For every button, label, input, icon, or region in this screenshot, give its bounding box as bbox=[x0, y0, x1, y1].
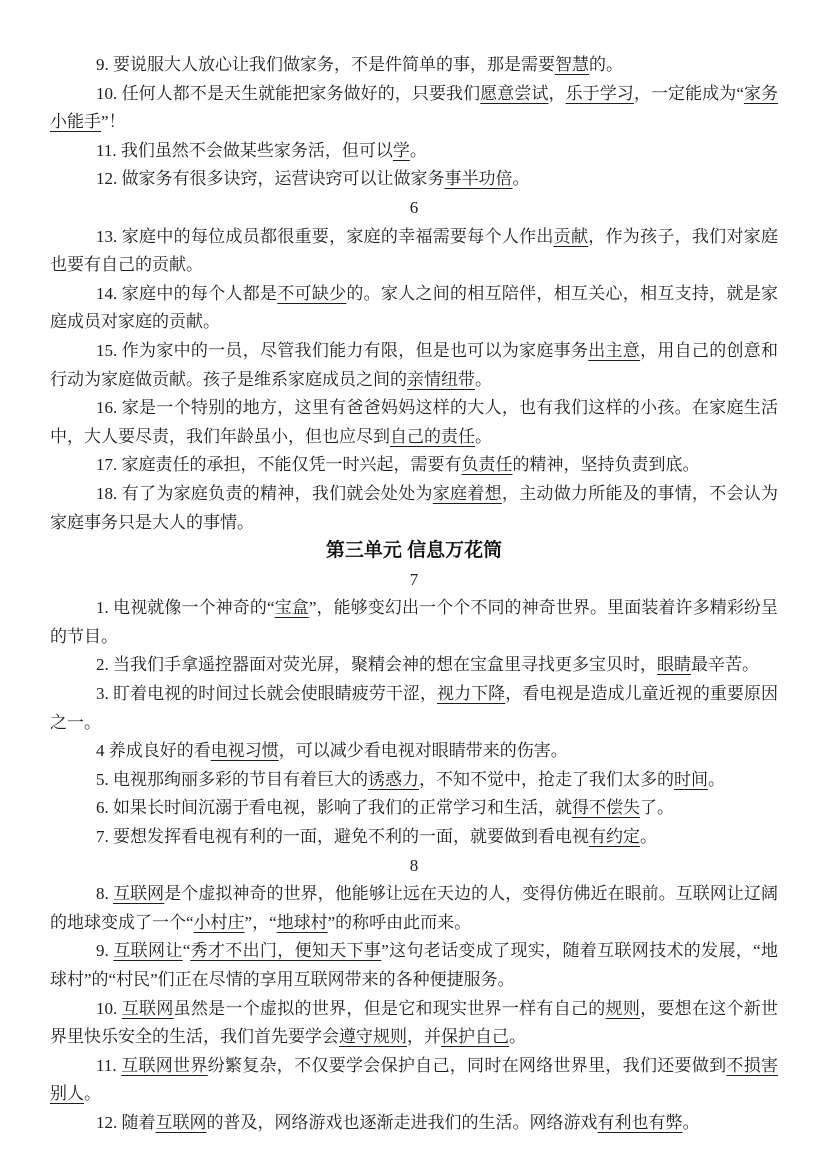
underlined-text: 学 bbox=[393, 141, 410, 160]
underlined-text: 宝盒 bbox=[275, 598, 309, 617]
text-run: 虽然是一个虚拟的世界，但是它和现实世界一样有自己的 bbox=[174, 999, 606, 1018]
text-run: 11. 我们虽然不会做某些家务活，但可以 bbox=[96, 141, 393, 160]
text-run: 6 bbox=[410, 198, 419, 217]
text-run: 最辛苦。 bbox=[691, 655, 759, 674]
underlined-text: 得不偿失 bbox=[572, 798, 640, 817]
text-run: 。 bbox=[475, 427, 492, 446]
paragraph: 7. 要想发挥看电视有利的一面，避免不利的一面，就要做到看电视有约定。 bbox=[50, 823, 778, 852]
text-run: 7 bbox=[410, 570, 419, 589]
underlined-text: 出主意 bbox=[588, 341, 640, 360]
text-run: 的普及，网络游戏也逐渐走进我们的生活。网络游戏 bbox=[207, 1113, 598, 1132]
text-run: 9. bbox=[96, 941, 113, 960]
text-run: 4 养成良好的看 bbox=[96, 741, 211, 760]
underlined-text: 乐于学习 bbox=[566, 84, 634, 103]
text-run: 6. 如果长时间沉溺于看电视，影响了我们的正常学习和生活，就 bbox=[96, 798, 572, 817]
section-heading: 第三单元 信息万花筒 bbox=[50, 537, 778, 566]
text-run: 。 bbox=[475, 370, 492, 389]
underlined-text: 不可缺少 bbox=[277, 284, 346, 303]
paragraph: 1. 电视就像一个神奇的“宝盒”，能够变幻出一个个不同的神奇世界。里面装着许多精… bbox=[50, 594, 778, 651]
underlined-text: 互联网 bbox=[113, 884, 164, 903]
text-run: 5. 电视那绚丽多彩的节目有着巨大的 bbox=[96, 770, 368, 789]
text-run: 的精神，坚持负责到底。 bbox=[513, 455, 700, 474]
underlined-text: 秀才不出门，便知天下事 bbox=[190, 941, 381, 960]
text-run: 8. bbox=[96, 884, 113, 903]
underlined-text: 有利也有弊 bbox=[598, 1113, 683, 1132]
paragraph: 18. 有了为家庭负责的精神，我们就会处处为家庭着想，主动做力所能及的事情，不会… bbox=[50, 480, 778, 537]
page-number: 6 bbox=[50, 194, 778, 223]
paragraph: 15. 作为家中的一员，尽管我们能力有限，但是也可以为家庭事务出主意，用自己的创… bbox=[50, 337, 778, 394]
underlined-text: 互联网 bbox=[156, 1113, 207, 1132]
text-run: 3. 盯着电视的时间过长就会使眼睛疲劳干涩， bbox=[96, 684, 437, 703]
text-run: 10. 任何人都不是天生就能把家务做好的，只要我们 bbox=[96, 84, 480, 103]
text-run: 10. bbox=[96, 999, 122, 1018]
text-run: 7. 要想发挥看电视有利的一面，避免不利的一面，就要做到看电视 bbox=[96, 827, 589, 846]
text-run: ，不知不觉中，抢走了我们太多的 bbox=[419, 770, 674, 789]
paragraph: 10. 任何人都不是天生就能把家务做好的，只要我们愿意尝试，乐于学习，一定能成为… bbox=[50, 80, 778, 137]
paragraph: 16. 家是一个特别的地方，这里有爸爸妈妈这样的大人，也有我们这样的小孩。在家庭… bbox=[50, 394, 778, 451]
paragraph: 8. 互联网是个虚拟神奇的世界，他能够让远在天边的人，变得仿佛近在眼前。互联网让… bbox=[50, 880, 778, 937]
underlined-text: 小村庄 bbox=[194, 913, 245, 932]
paragraph: 17. 家庭责任的承担，不能仅凭一时兴起，需要有负责任的精神，坚持负责到底。 bbox=[50, 451, 778, 480]
text-run: ，可以减少看电视对眼睛带来的伤害。 bbox=[279, 741, 568, 760]
underlined-text: 互联网世界 bbox=[121, 1056, 207, 1075]
underlined-text: 眼睛 bbox=[657, 655, 691, 674]
paragraph: 9. 互联网让“秀才不出门，便知天下事”这句老话变成了现实，随着互联网技术的发展… bbox=[50, 937, 778, 994]
text-run: ，一定能成为“ bbox=[634, 84, 744, 103]
underlined-text: 互联网让 bbox=[113, 941, 182, 960]
underlined-text: 保护自己 bbox=[441, 1027, 509, 1046]
text-run: 11. bbox=[96, 1056, 121, 1075]
text-run: 。 bbox=[640, 827, 657, 846]
paragraph: 6. 如果长时间沉溺于看电视，影响了我们的正常学习和生活，就得不偿失了。 bbox=[50, 794, 778, 823]
underlined-text: 视力下降 bbox=[437, 684, 505, 703]
underlined-text: 亲情纽带 bbox=[407, 370, 475, 389]
text-run: ”！ bbox=[101, 112, 126, 131]
underlined-text: 电视习惯 bbox=[211, 741, 279, 760]
underlined-text: 贡献 bbox=[554, 227, 589, 246]
underlined-text: 愿意尝试 bbox=[480, 84, 548, 103]
text-run: ”的称呼由此而来。 bbox=[328, 913, 472, 932]
underlined-text: 负责任 bbox=[462, 455, 513, 474]
text-run: 纷繁复杂，不仅要学会保护自己，同时在网络世界里，我们还要做到 bbox=[208, 1056, 727, 1075]
document-content: 9. 要说服大人放心让我们做家务，不是件简单的事，那是需要智慧的。10. 任何人… bbox=[50, 51, 778, 1138]
text-run: 。 bbox=[410, 141, 427, 160]
underlined-text: 诱惑力 bbox=[368, 770, 419, 789]
text-run: 14. 家庭中的每个人都是 bbox=[96, 284, 277, 303]
underlined-text: 互联网 bbox=[122, 999, 174, 1018]
text-run: 12. 做家务有很多诀窍，运营诀窍可以让做家务 bbox=[96, 169, 445, 188]
paragraph: 2. 当我们手拿遥控器面对荧光屏，聚精会神的想在宝盒里寻找更多宝贝时，眼睛最辛苦… bbox=[50, 651, 778, 680]
paragraph: 12. 随着互联网的普及，网络游戏也逐渐走进我们的生活。网络游戏有利也有弊。 bbox=[50, 1109, 778, 1138]
paragraph: 4 养成良好的看电视习惯，可以减少看电视对眼睛带来的伤害。 bbox=[50, 737, 778, 766]
paragraph: 9. 要说服大人放心让我们做家务，不是件简单的事，那是需要智慧的。 bbox=[50, 51, 778, 80]
underlined-text: 自己的责任 bbox=[390, 427, 475, 446]
text-run: 1. 电视就像一个神奇的“ bbox=[96, 598, 275, 617]
underlined-text: 时间 bbox=[674, 770, 708, 789]
paragraph: 10. 互联网虽然是一个虚拟的世界，但是它和现实世界一样有自己的规则，要想在这个… bbox=[50, 995, 778, 1052]
underlined-text: 事半功倍 bbox=[445, 169, 513, 188]
underlined-text: 遵守规则 bbox=[339, 1027, 407, 1046]
paragraph: 11. 我们虽然不会做某些家务活，但可以学。 bbox=[50, 137, 778, 166]
underlined-text: 有约定 bbox=[589, 827, 640, 846]
text-run: ”，“ bbox=[245, 913, 277, 932]
text-run: 2. 当我们手拿遥控器面对荧光屏，聚精会神的想在宝盒里寻找更多宝贝时， bbox=[96, 655, 657, 674]
underlined-text: 家庭着想 bbox=[433, 484, 502, 503]
text-run: 。 bbox=[683, 1113, 700, 1132]
text-run: ， bbox=[548, 84, 565, 103]
text-run: 第三单元 信息万花筒 bbox=[326, 540, 502, 561]
underlined-text: 智慧 bbox=[555, 55, 589, 74]
paragraph: 14. 家庭中的每个人都是不可缺少的。家人之间的相互陪伴，相互关心，相互支持，就… bbox=[50, 280, 778, 337]
text-run: 。 bbox=[84, 1084, 101, 1103]
text-run: 8 bbox=[410, 856, 419, 875]
text-run: 15. 作为家中的一员，尽管我们能力有限，但是也可以为家庭事务 bbox=[96, 341, 588, 360]
text-run: 17. 家庭责任的承担，不能仅凭一时兴起，需要有 bbox=[96, 455, 462, 474]
text-run: ，并 bbox=[407, 1027, 441, 1046]
text-run: 。 bbox=[513, 169, 530, 188]
underlined-text: 规则 bbox=[606, 999, 641, 1018]
text-run: 的。 bbox=[589, 55, 623, 74]
text-run: 9. 要说服大人放心让我们做家务，不是件简单的事，那是需要 bbox=[96, 55, 555, 74]
text-run: 。 bbox=[509, 1027, 526, 1046]
page-number: 8 bbox=[50, 852, 778, 881]
text-run: 18. 有了为家庭负责的精神，我们就会处处为 bbox=[96, 484, 433, 503]
page-number: 7 bbox=[50, 566, 778, 595]
text-run: 13. 家庭中的每位成员都很重要，家庭的幸福需要每个人作出 bbox=[96, 227, 554, 246]
paragraph: 3. 盯着电视的时间过长就会使眼睛疲劳干涩，视力下降，看电视是造成儿童近视的重要… bbox=[50, 680, 778, 737]
text-run: 12. 随着 bbox=[96, 1113, 156, 1132]
document-page: 9. 要说服大人放心让我们做家务，不是件简单的事，那是需要智慧的。10. 任何人… bbox=[0, 0, 826, 1169]
text-run: 。 bbox=[708, 770, 725, 789]
paragraph: 13. 家庭中的每位成员都很重要，家庭的幸福需要每个人作出贡献，作为孩子，我们对… bbox=[50, 223, 778, 280]
paragraph: 11. 互联网世界纷繁复杂，不仅要学会保护自己，同时在网络世界里，我们还要做到不… bbox=[50, 1052, 778, 1109]
underlined-text: 地球村 bbox=[277, 913, 328, 932]
paragraph: 5. 电视那绚丽多彩的节目有着巨大的诱惑力，不知不觉中，抢走了我们太多的时间。 bbox=[50, 766, 778, 795]
paragraph: 12. 做家务有很多诀窍，运营诀窍可以让做家务事半功倍。 bbox=[50, 165, 778, 194]
text-run: 了。 bbox=[640, 798, 674, 817]
